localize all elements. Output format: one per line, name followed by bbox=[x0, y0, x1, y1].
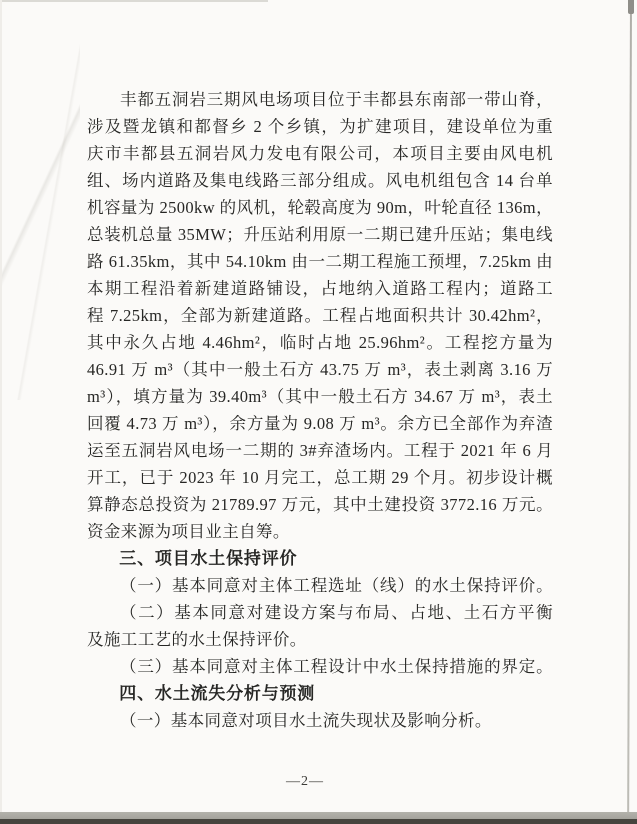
scanner-bed-edge bbox=[0, 819, 637, 824]
section-heading-3: 三、项目水土保持评价 bbox=[87, 545, 553, 572]
text-line: 程 7.25km，全部为新建道路。工程占地面积共计 30.42hm²， bbox=[87, 302, 553, 329]
text-line: 庆市丰都县五洞岩风力发电有限公司，本项目主要由风电机 bbox=[87, 140, 553, 167]
text-line: 总装机总量 35MW；升压站利用原一二期已建升压站；集电线 bbox=[87, 221, 553, 248]
text-line: 运至五洞岩风电场一二期的 3#弃渣场内。工程于 2021 年 6 月 bbox=[87, 437, 553, 464]
text-line: 涉及暨龙镇和都督乡 2 个乡镇，为扩建项目，建设单位为重 bbox=[87, 113, 553, 140]
page-number: —2— bbox=[0, 774, 610, 790]
page-right-edge bbox=[627, 0, 632, 812]
text-line: 算静态总投资为 21789.97 万元，其中土建投资 3772.16 万元。 bbox=[87, 491, 553, 518]
scan-corner-mark bbox=[628, 0, 634, 14]
text-line: 路 61.35km，其中 54.10km 由一二期工程施工预埋，7.25km 由 bbox=[87, 248, 553, 275]
text-line: 其中永久占地 4.46hm²，临时占地 25.96hm²。工程挖方量为 bbox=[87, 329, 553, 356]
text-line: （三）基本同意对主体工程设计中水土保持措施的界定。 bbox=[87, 653, 553, 680]
text-line: 组、场内道路及集电线路三部分组成。风电机组包含 14 台单 bbox=[87, 167, 553, 194]
section-heading-4: 四、水土流失分析与预测 bbox=[87, 680, 553, 707]
text-line: （二）基本同意对建设方案与布局、占地、土石方平衡 bbox=[87, 599, 553, 626]
text-line: 本期工程沿着新建道路铺设，占地纳入道路工程内；道路工 bbox=[87, 275, 553, 302]
text-line: 开工，已于 2023 年 10 月完工，总工期 29 个月。初步设计概 bbox=[87, 464, 553, 491]
text-line: （一）基本同意对项目水土流失现状及影响分析。 bbox=[87, 707, 553, 734]
text-line: （一）基本同意对主体工程选址（线）的水土保持评价。 bbox=[87, 572, 553, 599]
text-line: 丰都五洞岩三期风电场项目位于丰都县东南部一带山脊， bbox=[87, 86, 553, 113]
document-body: 丰都五洞岩三期风电场项目位于丰都县东南部一带山脊， 涉及暨龙镇和都督乡 2 个乡… bbox=[87, 86, 553, 734]
text-line: 机容量为 2500kw 的风机，轮毂高度为 90m，叶轮直径 136m， bbox=[87, 194, 553, 221]
text-line: 46.91 万 m³（其中一般土石方 43.75 万 m³，表土剥离 3.16 … bbox=[87, 356, 553, 383]
text-line: m³），填方量为 39.40m³（其中一般土石方 34.67 万 m³，表土 bbox=[87, 383, 553, 410]
scanned-document-page: 丰都五洞岩三期风电场项目位于丰都县东南部一带山脊， 涉及暨龙镇和都督乡 2 个乡… bbox=[0, 0, 637, 824]
text-line: 及施工工艺的水土保持评价。 bbox=[87, 626, 553, 653]
text-line: 资金来源为项目业主自筹。 bbox=[87, 518, 553, 545]
text-line: 回覆 4.73 万 m³），余方量为 9.08 万 m³。余方已全部作为弃渣 bbox=[87, 410, 553, 437]
scan-top-edge bbox=[0, 0, 268, 2]
scan-left-edge bbox=[0, 0, 2, 812]
